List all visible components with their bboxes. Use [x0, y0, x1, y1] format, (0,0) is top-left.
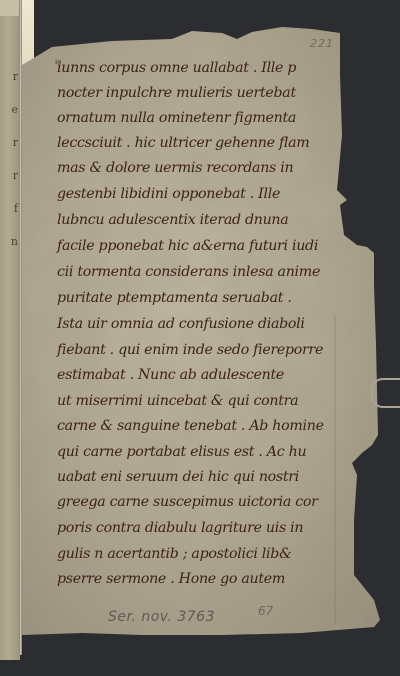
text-line: gestenbi libidini opponebat . Ille — [57, 186, 280, 202]
text-line: mas & dolore uermis recordans in — [57, 160, 293, 176]
text-line: gulis n acertantib ; apostolici lib& — [57, 546, 291, 562]
paper-clip — [371, 378, 400, 408]
pencil-annotation: 67 — [258, 604, 273, 618]
adjacent-letter: r — [0, 159, 18, 192]
manuscript-viewer: r e r r f n — [0, 0, 400, 676]
text-line: ut miserrimi uincebat & qui contra — [57, 393, 298, 409]
text-line: fiebant . qui enim inde sedo fiereporre — [57, 342, 323, 358]
adjacent-letter: r — [0, 126, 18, 159]
text-line: qui carne portabat elisus est . Ac hu — [57, 444, 306, 460]
text-line: uabat eni seruum dei hic qui nostri — [57, 469, 299, 485]
text-line: leccsciuit . hic ultricer gehenne flam — [57, 135, 309, 151]
text-line: iunns corpus omne uallabat . Ille p — [57, 60, 296, 76]
text-line: carne & sanguine tenebat . Ab homine — [57, 418, 324, 434]
text-line: Ista uir omnia ad confusione diaboli — [57, 316, 305, 332]
adjacent-leaf-text: r e r r f n — [0, 60, 20, 258]
text-line: puritate ptemptamenta seruabat . — [57, 290, 292, 306]
adjacent-letter: e — [0, 93, 18, 126]
adjacent-letter: f — [0, 192, 18, 225]
shelfmark-annotation: Ser. nov. 3763 — [108, 609, 215, 625]
adjacent-letter: n — [0, 225, 18, 258]
text-line: pserre sermone . Hone go autem — [57, 571, 285, 587]
text-line: greega carne suscepimus uictoria cor — [57, 494, 318, 510]
text-line: ornatum nulla ominetenr figmenta — [57, 110, 296, 126]
adjacent-letter: r — [0, 60, 18, 93]
adjacent-leaf-top-edge — [0, 0, 20, 16]
text-line: poris contra diabulu lagriture uis in — [57, 520, 303, 536]
text-line: facile pponebat hic a&erna futuri iudi — [57, 238, 318, 254]
text-line: lubncu adulescentix iterad dnuna — [57, 212, 288, 228]
text-line: cii tormenta considerans inlesa anime — [57, 264, 320, 280]
text-line: estimabat . Nunc ab adulescente — [57, 367, 284, 383]
folio-number: 221 — [310, 37, 334, 50]
text-line: nocter inpulchre mulieris uertebat — [57, 85, 296, 101]
